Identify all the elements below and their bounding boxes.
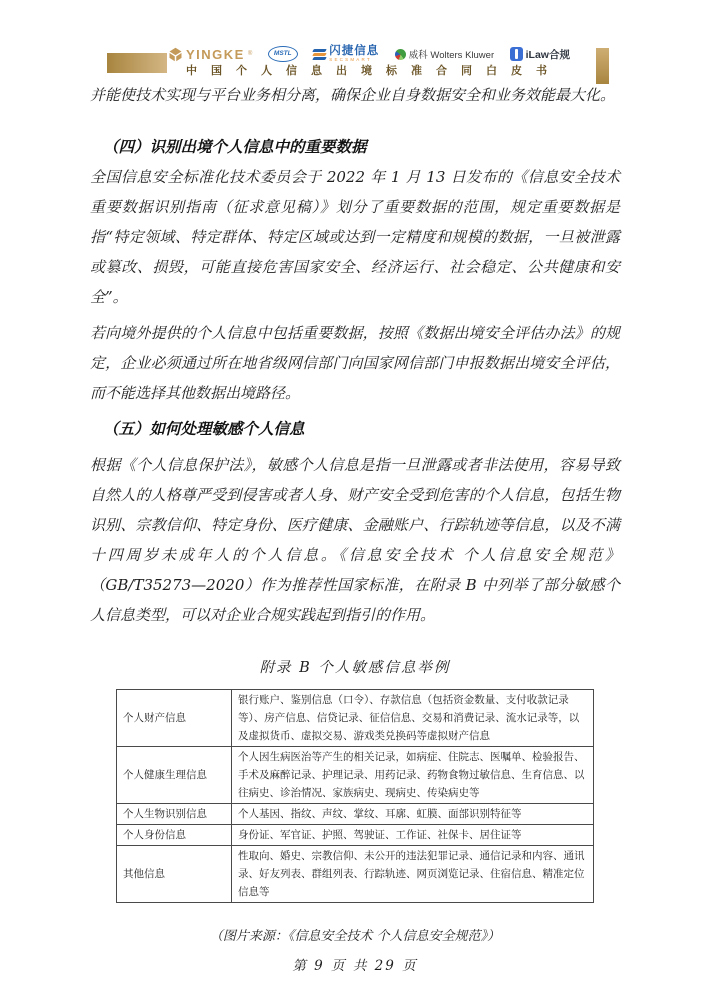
detail-cell: 性取向、婚史、宗教信仰、未公开的违法犯罪记录、通信记录和内容、通讯录、好友列表、… xyxy=(232,846,594,903)
heading-section-5: （五）如何处理敏感个人信息 xyxy=(90,414,620,444)
category-cell: 个人财产信息 xyxy=(117,690,232,747)
detail-cell: 身份证、军官证、护照、驾驶证、工作证、社保卡、居住证等 xyxy=(232,825,594,846)
ilaw-shield-icon xyxy=(510,47,523,61)
appendix-table-title: 附录 B 个人敏感信息举例 xyxy=(90,656,620,677)
whitepaper-subtitle: 中国个人信息出境标准合同白皮书 xyxy=(186,62,586,78)
paragraph-security-assessment: 若向境外提供的个人信息中包括重要数据，按照《数据出境安全评估办法》的规定，企业必… xyxy=(90,318,620,408)
registered-mark: ® xyxy=(248,51,252,57)
table-row: 其他信息 性取向、婚史、宗教信仰、未公开的违法犯罪记录、通信记录和内容、通讯录、… xyxy=(117,846,594,903)
yingke-icon xyxy=(168,47,183,62)
detail-cell: 个人基因、指纹、声纹、掌纹、耳廓、虹膜、面部识别特征等 xyxy=(232,804,594,825)
secsmart-wordmark: 闪捷信息 xyxy=(329,46,379,58)
page-number: 第 9 页 共 29 页 xyxy=(90,954,620,974)
paragraph-important-data-definition: 全国信息安全标准化技术委员会于 2022 年 1 月 13 日发布的《信息安全技… xyxy=(90,162,620,312)
table-row: 个人健康生理信息 个人因生病医治等产生的相关记录，如病症、住院志、医嘱单、检验报… xyxy=(117,747,594,804)
category-cell: 其他信息 xyxy=(117,846,232,903)
table-row: 个人财产信息 银行账户、鉴别信息（口令）、存款信息（包括资金数量、支付收款记录等… xyxy=(117,690,594,747)
ilaw-logo: iLaw合规 xyxy=(510,47,570,62)
mstl-logo: MSTL xyxy=(268,46,298,62)
detail-cell: 银行账户、鉴别信息（口令）、存款信息（包括资金数量、支付收款记录等）、房产信息、… xyxy=(232,690,594,747)
wolters-kluwer-wordmark: 威科 Wolters Kluwer xyxy=(409,47,494,61)
header-right-gold-bar xyxy=(596,48,609,84)
category-cell: 个人健康生理信息 xyxy=(117,747,232,804)
paragraph-sensitive-personal-info: 根据《个人信息保护法》，敏感个人信息是指一旦泄露或者非法使用，容易导致自然人的人… xyxy=(90,450,620,630)
secsmart-logo: 闪捷信息 SECSMART xyxy=(313,46,379,63)
wolters-kluwer-logo: 威科 Wolters Kluwer xyxy=(395,47,494,61)
header-left-gold-bar xyxy=(107,53,167,73)
table-row: 个人身份信息 身份证、军官证、护照、驾驶证、工作证、社保卡、居住证等 xyxy=(117,825,594,846)
yingke-logo: YINGKE® xyxy=(168,47,252,62)
mstl-oval-icon: MSTL xyxy=(268,46,298,62)
secsmart-layers-icon xyxy=(313,49,326,60)
table-row: 个人生物识别信息 个人基因、指纹、声纹、掌纹、耳廓、虹膜、面部识别特征等 xyxy=(117,804,594,825)
wolters-kluwer-globe-icon xyxy=(395,49,406,60)
ilaw-wordmark: iLaw合规 xyxy=(526,47,570,62)
document-page: YINGKE® MSTL 闪捷信息 SECSMART 威科 Wolters Kl… xyxy=(0,0,710,1004)
yingke-wordmark: YINGKE xyxy=(186,47,245,62)
paragraph-tech-separation: 并能使技术实现与平台业务相分离，确保企业自身数据安全和业务效能最大化。 xyxy=(90,80,620,110)
category-cell: 个人身份信息 xyxy=(117,825,232,846)
detail-cell: 个人因生病医治等产生的相关记录，如病症、住院志、医嘱单、检验报告、手术及麻醉记录… xyxy=(232,747,594,804)
category-cell: 个人生物识别信息 xyxy=(117,804,232,825)
table-source-caption: （图片来源：《信息安全技术 个人信息安全规范》） xyxy=(90,925,620,944)
heading-section-4: （四）识别出境个人信息中的重要数据 xyxy=(90,132,620,162)
sensitive-info-table: 个人财产信息 银行账户、鉴别信息（口令）、存款信息（包括资金数量、支付收款记录等… xyxy=(116,689,594,903)
page-body: 并能使技术实现与平台业务相分离，确保企业自身数据安全和业务效能最大化。 （四）识… xyxy=(90,80,620,974)
